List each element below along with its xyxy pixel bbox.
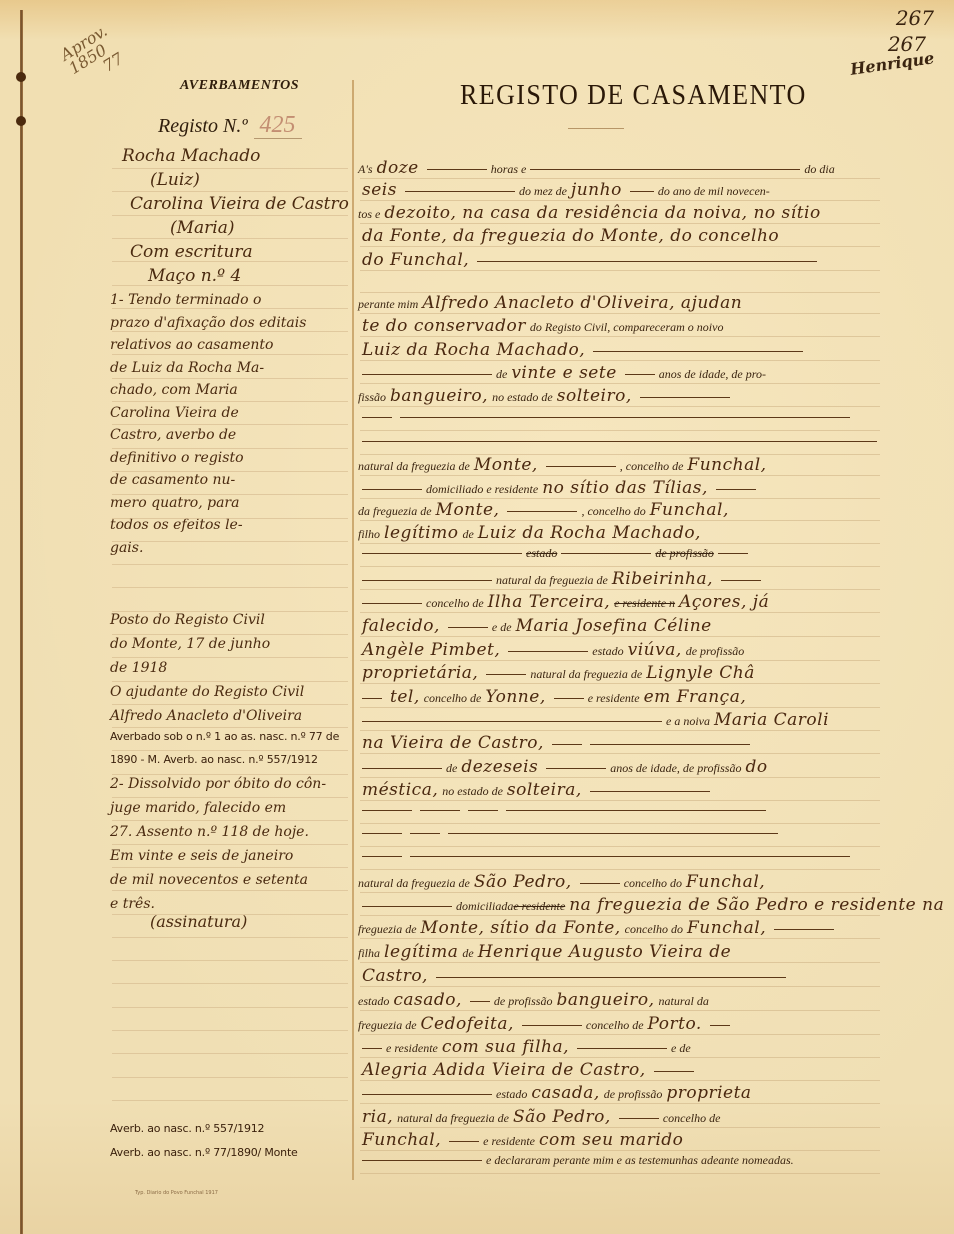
fill-dash	[546, 768, 606, 769]
fill-dash	[718, 553, 748, 554]
printed-label: anos de idade, de pro-	[659, 367, 766, 381]
fill-dash	[640, 397, 730, 398]
ruled-line	[112, 890, 348, 891]
printed-label: e de	[492, 620, 512, 634]
fill-dash	[552, 744, 582, 745]
handwritten-entry: Ribeirinha,	[612, 569, 713, 589]
margin-name-line: Maço n.º 4	[148, 266, 241, 286]
printed-label: e residente	[386, 1041, 438, 1055]
ruled-line	[360, 777, 880, 778]
averbamento-1-line: todos os efeitos le-	[110, 517, 243, 533]
fill-dash	[710, 1025, 730, 1026]
printed-label: no estado de	[492, 390, 553, 404]
office-note-line: O ajudante do Registo Civil	[110, 684, 304, 700]
handwritten-entry: seis	[362, 180, 397, 200]
ruled-line	[360, 430, 880, 431]
ruled-line	[360, 892, 880, 893]
handwritten-entry: Monte,	[474, 455, 538, 475]
ruled-line	[360, 200, 880, 201]
printed-label: de profissão	[686, 644, 745, 658]
handwritten-entry: na Vieira de Castro,	[362, 733, 544, 753]
ruled-line	[112, 168, 348, 169]
printed-label: do mez de	[519, 184, 567, 198]
ruled-line	[360, 1127, 880, 1128]
averbamento-2-line: juge marido, falecido em	[110, 800, 286, 816]
fill-dash	[721, 580, 761, 581]
handwritten-entry: Lignyle Châ	[646, 663, 755, 683]
handwritten-entry: Maria Caroli	[714, 710, 829, 730]
handwritten-entry: dezeseis	[461, 757, 538, 777]
ruled-line	[360, 313, 880, 314]
ruled-line	[112, 238, 348, 239]
ruled-line	[112, 541, 348, 542]
handwritten-entry: Porto.	[648, 1014, 702, 1034]
fill-dash	[448, 833, 778, 834]
printed-label: concelho de	[663, 1111, 721, 1125]
handwritten-entry: legítima	[384, 942, 458, 962]
handwritten-entry: Luiz da Rocha Machado,	[478, 523, 701, 543]
ruled-line	[112, 820, 348, 821]
ruled-line	[360, 683, 880, 684]
binding-hole	[16, 72, 26, 82]
fill-dash	[362, 580, 492, 581]
ruled-line	[112, 518, 348, 519]
margin-name-line: (Maria)	[170, 218, 235, 238]
printed-label: e declararam perante mim e as testemunha…	[486, 1153, 794, 1167]
handwritten-entry: Monte,	[436, 500, 500, 520]
handwritten-entry: Cedofeita,	[421, 1014, 514, 1034]
ruled-line	[360, 915, 880, 916]
page-binding-line	[20, 10, 23, 1234]
handwritten-entry: junho	[571, 180, 622, 200]
ruled-line	[360, 566, 880, 567]
ruled-line	[112, 657, 348, 658]
fill-dash	[362, 1094, 492, 1095]
printed-label: de profissão	[494, 994, 553, 1008]
printed-label: tos e	[358, 207, 380, 221]
handwritten-entry: casada,	[531, 1083, 599, 1103]
averbamento-1-line: relativos ao casamento	[110, 337, 273, 353]
ruled-line	[112, 494, 348, 495]
printed-label: de profissão	[655, 546, 714, 560]
printed-label: , concelho de	[620, 459, 684, 473]
handwritten-entry: solteiro,	[557, 386, 632, 406]
fill-dash	[362, 721, 662, 722]
ruled-line	[112, 308, 348, 309]
margin-name-line: Carolina Vieira de Castro	[130, 194, 349, 214]
printed-label: estado	[496, 1087, 527, 1101]
ruled-line	[112, 424, 348, 425]
printed-label: filha	[358, 946, 380, 960]
handwritten-entry: da Fonte, da freguezia do Monte, do conc…	[362, 226, 779, 246]
ruled-line	[112, 215, 348, 216]
printed-label: estado	[592, 644, 623, 658]
handwritten-entry: Luiz da Rocha Machado,	[362, 340, 585, 360]
printed-label: natural da freguezia de	[358, 459, 470, 473]
printed-label: e residente	[483, 1134, 535, 1148]
fill-dash	[362, 374, 492, 375]
printed-label: natural da freguezia de	[358, 876, 470, 890]
fill-dash	[530, 169, 800, 170]
ruled-line	[112, 1030, 348, 1031]
ruled-line	[360, 223, 880, 224]
ruled-line	[360, 823, 880, 824]
ruled-line	[112, 937, 348, 938]
fill-dash	[630, 191, 654, 192]
handwritten-entry: bangueiro,	[390, 386, 488, 406]
fill-dash	[522, 1025, 582, 1026]
ruled-line	[360, 383, 880, 384]
fill-dash	[427, 169, 487, 170]
ruled-line	[112, 727, 348, 728]
printed-label: concelho de	[426, 596, 484, 610]
printed-label: freguezia de	[358, 922, 417, 936]
handwritten-entry: ria,	[362, 1107, 393, 1127]
printed-label: concelho do	[624, 876, 682, 890]
handwritten-entry: Yonne,	[485, 687, 545, 707]
printed-label: do ano de mil novecen-	[658, 184, 770, 198]
fill-dash	[362, 489, 422, 490]
handwritten-entry: Funchal,	[687, 455, 766, 475]
printed-label: anos de idade, de profissão	[610, 761, 741, 775]
office-note-line: Alfredo Anacleto d'Oliveira	[110, 708, 302, 724]
ruled-line	[112, 1007, 348, 1008]
averbamento-1-line: chado, com Maria	[110, 382, 238, 398]
ruled-line	[112, 844, 348, 845]
handwritten-entry: legítimo	[384, 523, 458, 543]
fill-dash	[468, 810, 498, 811]
fill-dash	[716, 489, 756, 490]
printed-label: no estado de	[442, 784, 503, 798]
fill-dash	[774, 929, 834, 930]
averbamento-1-line: de Luiz da Rocha Ma-	[110, 360, 264, 376]
ruled-line	[112, 1077, 348, 1078]
ruled-line	[360, 962, 880, 963]
ruled-line	[360, 869, 880, 870]
fill-dash	[590, 791, 710, 792]
office-note-line: Posto do Registo Civil	[110, 612, 265, 628]
printed-label: filho	[358, 527, 380, 541]
averbamento-2-line: 2- Dissolvido por óbito do côn-	[110, 776, 326, 792]
fill-dash	[362, 856, 402, 857]
ruled-line	[360, 986, 880, 987]
ruled-line	[360, 292, 880, 293]
fill-dash	[449, 1141, 479, 1142]
handwritten-entry: São Pedro,	[474, 872, 572, 892]
ruled-line	[360, 1010, 880, 1011]
ruled-line	[112, 681, 348, 682]
printed-label: e de	[671, 1041, 691, 1055]
fill-dash	[448, 627, 488, 628]
handwritten-entry: viúva,	[628, 640, 682, 660]
printed-label: natural da freguezia de	[530, 667, 642, 681]
fill-dash	[580, 883, 620, 884]
fill-dash	[410, 833, 440, 834]
ruled-line	[360, 270, 880, 271]
printed-label: domiciliada	[456, 899, 513, 913]
handwritten-entry: Maria Josefina Céline	[516, 616, 712, 636]
ruled-line	[360, 246, 880, 247]
printed-label: do Registo Civil, compareceram o noivo	[530, 320, 724, 334]
fill-dash	[362, 906, 452, 907]
handwritten-entry: Henrique Augusto Vieira de	[478, 942, 731, 962]
printed-label: concelho do	[625, 922, 683, 936]
ruled-line	[360, 475, 880, 476]
fill-dash	[362, 810, 412, 811]
ruled-line	[360, 730, 880, 731]
ruled-line	[360, 660, 880, 661]
fill-dash	[436, 977, 786, 978]
handwritten-entry: bangueiro,	[556, 990, 654, 1010]
fill-dash	[593, 351, 803, 352]
averbamento-2-line: de mil novecentos e setenta	[110, 872, 308, 888]
printed-label: do dia	[804, 162, 834, 176]
margin-name-line: (Luiz)	[150, 170, 200, 190]
ruled-line	[112, 774, 348, 775]
ruled-line	[360, 1150, 880, 1151]
ruled-line	[360, 1057, 880, 1058]
fill-dash	[400, 417, 850, 418]
averbamento-1-line: Carolina Vieira de	[110, 405, 239, 421]
fill-dash	[507, 511, 577, 512]
printed-label: A's	[358, 162, 373, 176]
binding-hole	[16, 116, 26, 126]
ruled-line	[112, 261, 348, 262]
handwritten-entry: Funchal,	[650, 500, 729, 520]
ruled-line	[360, 1103, 880, 1104]
handwritten-entry: Funchal,	[686, 872, 765, 892]
handwritten-entry: Alfredo Anacleto d'Oliveira, ajudan	[422, 293, 742, 313]
ruled-line	[112, 750, 348, 751]
ruled-line	[112, 191, 348, 192]
fill-dash	[362, 1160, 482, 1161]
printed-label: fissão	[358, 390, 386, 404]
printed-label: perante mim	[358, 297, 418, 311]
handwritten-entry: doze	[377, 158, 419, 178]
fill-dash	[477, 261, 817, 262]
fill-dash	[362, 698, 382, 699]
printed-label: de	[462, 946, 473, 960]
ruled-line	[112, 448, 348, 449]
handwritten-entry: Funchal,	[362, 1130, 441, 1150]
handwritten-entry: do Funchal,	[362, 250, 469, 270]
ruled-line	[112, 960, 348, 961]
ruled-line	[360, 520, 880, 521]
averbamento-2-line: Em vinte e seis de janeiro	[110, 848, 293, 864]
ruled-line	[112, 797, 348, 798]
ruled-line	[112, 914, 348, 915]
handwritten-entry: do	[745, 757, 767, 777]
ruled-line	[112, 611, 348, 612]
handwritten-entry: com seu marido	[539, 1130, 683, 1150]
printed-label: de	[496, 367, 507, 381]
ruled-line	[360, 1080, 880, 1081]
handwritten-entry: méstica,	[362, 780, 438, 800]
handwritten-entry: em França,	[644, 687, 747, 707]
fill-dash	[654, 1071, 694, 1072]
handwritten-entry: te do conservador	[362, 316, 526, 336]
column-divider	[352, 80, 354, 1180]
printed-label: e residente	[513, 899, 565, 913]
handwritten-entry: proprieta	[666, 1083, 751, 1103]
printed-label: natural da freguezia de	[496, 573, 608, 587]
printed-label: e residente	[588, 691, 640, 705]
printed-label: estado	[526, 546, 557, 560]
handwritten-entry: na freguezia de São Pedro e residente na	[569, 895, 944, 915]
handwritten-entry: falecido,	[362, 616, 440, 636]
fill-dash	[554, 698, 584, 699]
ruled-line	[112, 285, 348, 286]
ruled-line	[112, 331, 348, 332]
small-note-line: 1890 - M. Averb. ao nasc. n.º 557/1912	[110, 753, 318, 766]
averbamento-1-line: definitivo o registo	[110, 450, 244, 466]
handwritten-entry: Ilha Terceira,	[488, 592, 611, 612]
fill-dash	[486, 674, 526, 675]
handwritten-entry: tel,	[390, 687, 420, 707]
fill-dash	[506, 810, 766, 811]
fill-dash	[362, 441, 877, 442]
ruled-line	[360, 800, 880, 801]
printed-label: de	[462, 527, 473, 541]
printed-label: de profissão	[604, 1087, 663, 1101]
ruled-line	[112, 634, 348, 635]
fill-dash	[577, 1048, 667, 1049]
ruled-line	[112, 354, 348, 355]
ruled-line	[360, 938, 880, 939]
ruled-line	[360, 406, 880, 407]
handwritten-entry: Funchal,	[687, 918, 766, 938]
fill-dash	[590, 744, 750, 745]
ruled-line	[360, 589, 880, 590]
printed-label: natural da freguezia de	[397, 1111, 509, 1125]
ruled-line	[360, 1173, 880, 1174]
handwritten-entry: São Pedro,	[513, 1107, 611, 1127]
averbamento-1-line: mero quatro, para	[110, 495, 239, 511]
handwritten-entry: Açores, já	[679, 592, 769, 612]
handwritten-entry: Castro,	[362, 966, 428, 986]
ruled-line	[360, 454, 880, 455]
handwritten-entry: solteira,	[507, 780, 582, 800]
ruled-line	[112, 1100, 348, 1101]
printed-label: natural da	[659, 994, 709, 1008]
fill-dash	[420, 810, 460, 811]
handwritten-entry: dezoito, na casa da residência da noiva,…	[384, 203, 820, 223]
averbamento-1-line: prazo d'afixação dos editais	[110, 315, 306, 331]
printed-label: de	[446, 761, 457, 775]
ruled-line	[112, 471, 348, 472]
handwritten-entry: Monte, sítio da Fonte,	[421, 918, 621, 938]
ruled-line	[112, 1053, 348, 1054]
ruled-line	[360, 707, 880, 708]
averbamento-1-line: 1- Tendo terminado o	[110, 292, 261, 308]
fill-dash	[362, 768, 442, 769]
handwritten-entry: Angèle Pimbet,	[362, 640, 500, 660]
ruled-line	[112, 704, 348, 705]
handwritten-entry: no sítio das Tílias,	[542, 478, 708, 498]
ruled-line	[112, 564, 348, 565]
handwritten-entry: Alegria Adida Vieira de Castro,	[362, 1060, 646, 1080]
fill-dash	[470, 1001, 490, 1002]
fill-dash	[362, 553, 522, 554]
ruled-line	[360, 178, 880, 179]
printer-imprint: Typ. Diario do Povo Funchal 1917	[135, 1190, 218, 1196]
fill-dash	[362, 1048, 382, 1049]
printed-label: concelho de	[586, 1018, 644, 1032]
averbamento-1-line: de casamento nu-	[110, 472, 235, 488]
fill-dash	[546, 466, 616, 467]
fill-dash	[561, 553, 651, 554]
printed-label: freguezia de	[358, 1018, 417, 1032]
ruled-line	[360, 336, 880, 337]
bottom-note-line: Averb. ao nasc. n.º 557/1912	[110, 1122, 264, 1135]
ruled-line	[360, 360, 880, 361]
fill-dash	[362, 603, 422, 604]
ruled-line	[360, 498, 880, 499]
fill-dash	[625, 374, 655, 375]
printed-label: domiciliado e residente	[426, 482, 538, 496]
ruled-line	[360, 846, 880, 847]
ruled-line	[112, 378, 348, 379]
ruled-line	[360, 636, 880, 637]
left-margin: Rocha Machado(Luiz)Carolina Vieira de Ca…	[110, 0, 350, 1234]
printed-label: estado	[358, 994, 389, 1008]
ruled-line	[360, 612, 880, 613]
printed-label: , concelho do	[581, 504, 645, 518]
handwritten-entry: casado,	[393, 990, 462, 1010]
ruled-line	[112, 983, 348, 984]
fill-dash	[405, 191, 515, 192]
printed-label: e a noiva	[666, 714, 710, 728]
margin-name-line: Rocha Machado	[122, 146, 260, 166]
printed-label: da freguezia de	[358, 504, 432, 518]
averbamento-1-line: Castro, averbo de	[110, 427, 236, 443]
margin-name-line: Com escritura	[130, 242, 253, 262]
fill-dash	[362, 417, 392, 418]
averbamento-2-line: e três.	[110, 896, 155, 912]
ruled-line	[360, 1034, 880, 1035]
handwritten-entry: vinte e sete	[511, 363, 616, 383]
ruled-line	[112, 587, 348, 588]
fill-dash	[410, 856, 850, 857]
fill-dash	[619, 1118, 659, 1119]
printed-label: concelho de	[424, 691, 482, 705]
ruled-line	[112, 867, 348, 868]
printed-label: horas e	[491, 162, 527, 176]
printed-label: e residente n	[614, 596, 675, 610]
averbamento-2-line: 27. Assento n.º 118 de hoje.	[110, 824, 309, 840]
fill-dash	[508, 651, 588, 652]
small-note-line: Averbado sob o n.º 1 ao as. nasc. n.º 77…	[110, 730, 339, 743]
office-note-line: de 1918	[110, 660, 167, 676]
handwritten-entry: com sua filha,	[442, 1037, 569, 1057]
bottom-note-line: Averb. ao nasc. n.º 77/1890/ Monte	[110, 1146, 298, 1159]
ruled-line	[360, 753, 880, 754]
office-note-line: do Monte, 17 de junho	[110, 636, 270, 652]
handwritten-entry: proprietária,	[362, 663, 478, 683]
fill-dash	[362, 833, 402, 834]
ruled-line	[112, 401, 348, 402]
ruled-line	[360, 543, 880, 544]
record-body: A'sdozehoras edo diaseisdo mez dejunhodo…	[358, 0, 898, 1234]
